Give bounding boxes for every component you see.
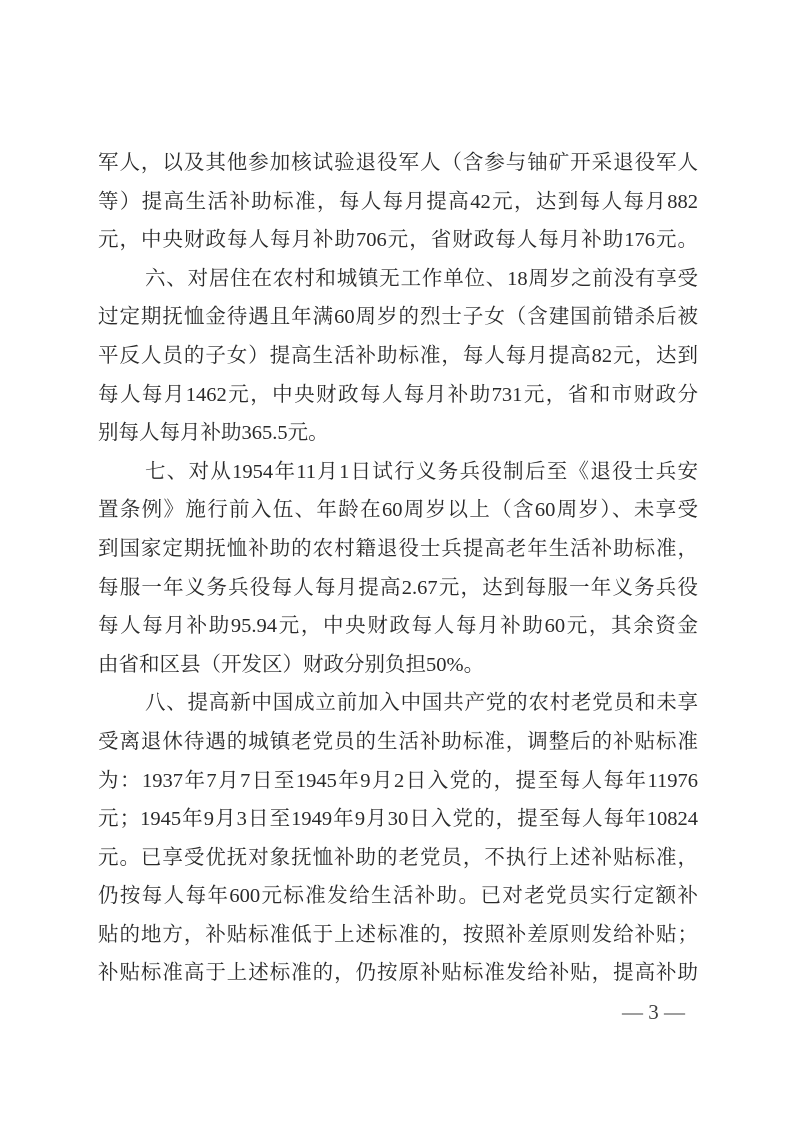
text-line: 每服一年义务兵役每人每月提高2.67元，达到每服一年义务兵役 — [98, 569, 698, 608]
text-line: 补贴标准高于上述标准的，仍按原补贴标准发给补贴，提高补助 — [98, 954, 698, 993]
text-line: 置条例》施行前入伍、年龄在60周岁以上（含60周岁）、未享受 — [98, 491, 698, 530]
text-line: 平反人员的子女）提高生活补助标准，每人每月提高82元，达到 — [98, 337, 698, 376]
text-line: 贴的地方，补贴标准低于上述标准的，按照补差原则发给补贴； — [98, 916, 698, 955]
text-line: 为：1937年7月7日至1945年9月2日入党的，提至每人每年11976 — [98, 762, 698, 801]
text-line: 过定期抚恤金待遇且年满60周岁的烈士子女（含建国前错杀后被 — [98, 298, 698, 337]
page-number: — 3 — — [622, 1000, 685, 1024]
text-line: 元。已享受优抚对象抚恤补助的老党员，不执行上述补贴标准， — [98, 839, 698, 878]
text-line: 由省和区县（开发区）财政分别负担50%。 — [98, 646, 698, 685]
text-line: 七、对从1954年11月1日试行义务兵役制后至《退役士兵安 — [98, 453, 698, 492]
paragraph: 七、对从1954年11月1日试行义务兵役制后至《退役士兵安置条例》施行前入伍、年… — [98, 453, 698, 685]
paragraph: 六、对居住在农村和城镇无工作单位、18周岁之前没有享受过定期抚恤金待遇且年满60… — [98, 260, 698, 453]
text-line: 军人，以及其他参加核试验退役军人（含参与铀矿开采退役军人 — [98, 144, 698, 183]
document-page: 军人，以及其他参加核试验退役军人（含参与铀矿开采退役军人等）提高生活补助标准，每… — [0, 0, 800, 1132]
text-line: 受离退休待遇的城镇老党员的生活补助标准，调整后的补贴标准 — [98, 723, 698, 762]
text-line: 到国家定期抚恤补助的农村籍退役士兵提高老年生活补助标准， — [98, 530, 698, 569]
text-line: 元，中央财政每人每月补助706元，省财政每人每月补助176元。 — [98, 221, 698, 260]
text-line: 八、提高新中国成立前加入中国共产党的农村老党员和未享 — [98, 684, 698, 723]
text-line: 每人每月补助95.94元，中央财政每人每月补助60元，其余资金 — [98, 607, 698, 646]
text-line: 每人每月1462元，中央财政每人每月补助731元，省和市财政分 — [98, 376, 698, 415]
text-line: 别每人每月补助365.5元。 — [98, 414, 698, 453]
text-line: 等）提高生活补助标准，每人每月提高42元，达到每人每月882 — [98, 183, 698, 222]
text-line: 六、对居住在农村和城镇无工作单位、18周岁之前没有享受 — [98, 260, 698, 299]
paragraph: 军人，以及其他参加核试验退役军人（含参与铀矿开采退役军人等）提高生活补助标准，每… — [98, 144, 698, 260]
text-line: 仍按每人每年600元标准发给生活补助。已对老党员实行定额补 — [98, 877, 698, 916]
paragraph: 八、提高新中国成立前加入中国共产党的农村老党员和未享受离退休待遇的城镇老党员的生… — [98, 684, 698, 993]
document-body: 军人，以及其他参加核试验退役军人（含参与铀矿开采退役军人等）提高生活补助标准，每… — [98, 144, 698, 993]
text-line: 元；1945年9月3日至1949年9月30日入党的，提至每人每年10824 — [98, 800, 698, 839]
